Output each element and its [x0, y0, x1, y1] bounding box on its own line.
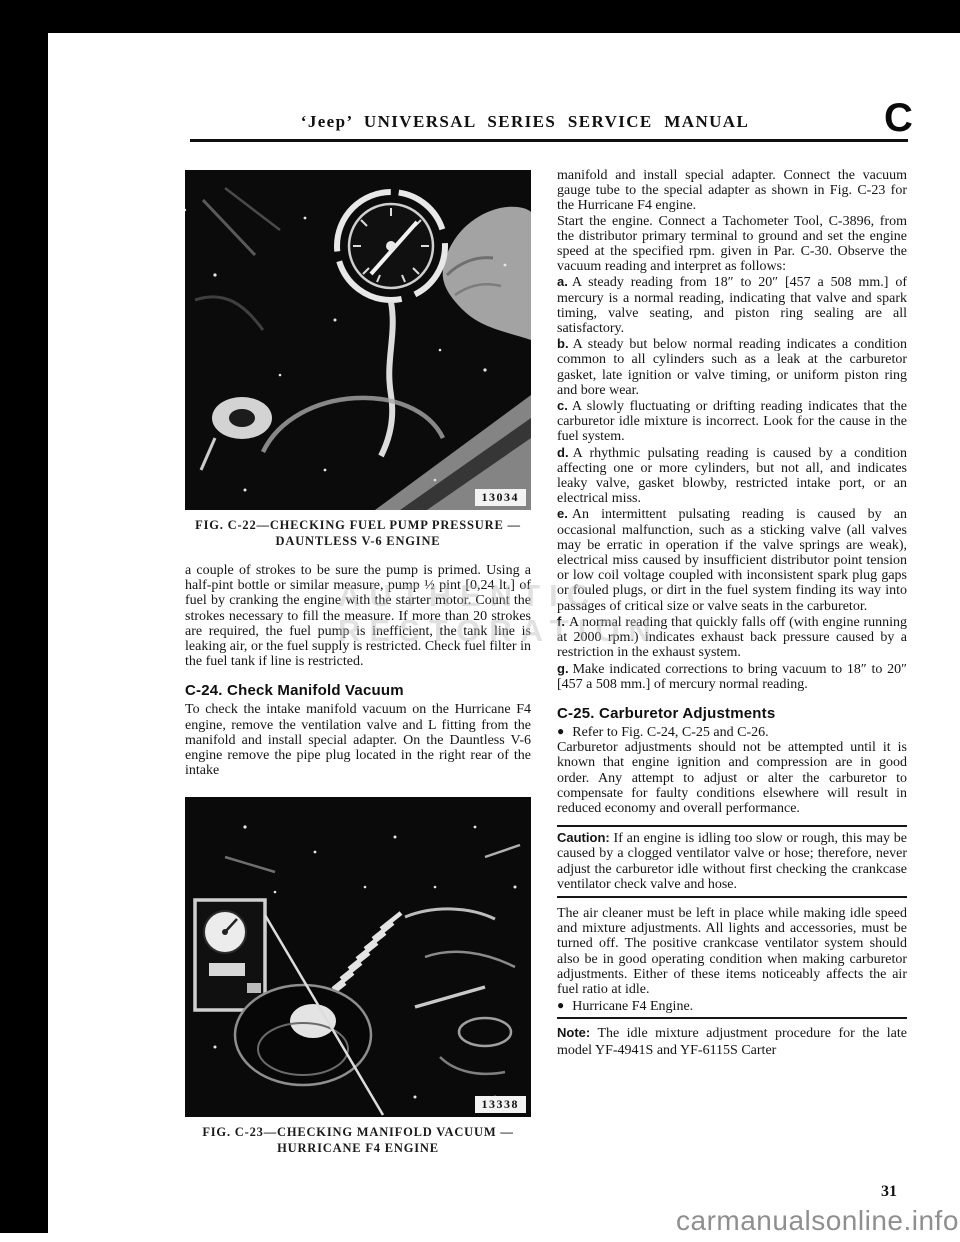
item-text: A rhythmic pulsating reading is caused b… — [557, 446, 907, 507]
item-text: A normal reading that quickly falls off … — [557, 615, 907, 660]
caution-text: If an engine is idling too slow or rough… — [557, 831, 907, 892]
photo-id-label: 13034 — [475, 489, 527, 506]
item-label: g. — [557, 661, 573, 676]
engine-bullet-text: Hurricane F4 Engine. — [572, 999, 693, 1014]
section-c25-body: Carburetor adjustments should not be att… — [557, 740, 907, 816]
figure-c23-caption: FIG. C-23—CHECKING MANIFOLD VACUUM — HUR… — [185, 1124, 531, 1156]
reading-item-g: g.Make indicated corrections to bring va… — [557, 661, 907, 692]
fuel-pump-test-paragraph: a couple of strokes to be sure the pump … — [185, 563, 531, 669]
figure-c22-photo: 13034 — [185, 170, 531, 510]
bullet-icon: ● — [557, 724, 572, 738]
item-text: An intermittent pulsating reading is cau… — [557, 507, 907, 613]
item-label: e. — [557, 506, 572, 521]
tachometer-paragraph: Start the engine. Connect a Tachometer T… — [557, 214, 907, 275]
left-column: 13034 FIG. C-22—CHECKING FUEL PUMP PRESS… — [185, 170, 531, 1156]
item-label: f. — [557, 614, 569, 629]
caption-line: FIG. C-23—CHECKING MANIFOLD VACUUM — — [185, 1124, 531, 1140]
manifold-vacuum-photo-art — [185, 797, 531, 1117]
scan-edge-left — [0, 0, 48, 1233]
note-label: Note: — [557, 1025, 590, 1040]
air-cleaner-paragraph: The air cleaner must be left in place wh… — [557, 906, 907, 997]
refer-bullet-text: Refer to Fig. C-24, C-25 and C-26. — [572, 725, 768, 740]
reading-item-d: d.A rhythmic pulsating reading is caused… — [557, 445, 907, 507]
section-c25-heading: C-25. Carburetor Adjustments — [557, 705, 907, 722]
right-column: manifold and install special adapter. Co… — [557, 168, 907, 1059]
note-block: Note: The idle mixture adjustment proced… — [557, 1019, 907, 1059]
figure-c23-photo: 13338 — [185, 797, 531, 1117]
refer-bullet-line: ●Refer to Fig. C-24, C-25 and C-26. — [557, 725, 907, 740]
scan-edge-top — [0, 0, 960, 33]
caption-line: FIG. C-22—CHECKING FUEL PUMP PRESSURE — — [185, 517, 531, 533]
note-paragraph: Note: The idle mixture adjustment proced… — [557, 1025, 907, 1059]
item-label: c. — [557, 398, 572, 413]
vacuum-setup-paragraph: manifold and install special adapter. Co… — [557, 168, 907, 214]
item-label: b. — [557, 336, 573, 351]
reading-item-a: a.A steady reading from 18″ to 20″ [457 … — [557, 274, 907, 336]
photo-id-label: 13338 — [475, 1096, 527, 1113]
fuel-pump-gauge-photo-art — [185, 170, 531, 510]
site-watermark: carmanualsonline.info — [676, 1205, 959, 1237]
reading-item-e: e.An intermittent pulsating reading is c… — [557, 506, 907, 613]
section-letter: C — [884, 98, 913, 138]
air-cleaner-section: The air cleaner must be left in place wh… — [557, 906, 907, 1019]
header-rule — [190, 139, 908, 142]
caption-line: HURRICANE F4 ENGINE — [185, 1140, 531, 1156]
reading-item-c: c.A slowly fluctuating or drifting readi… — [557, 398, 907, 445]
item-label: a. — [557, 274, 572, 289]
section-c24-body: To check the intake manifold vacuum on t… — [185, 702, 531, 778]
caution-paragraph: Caution: If an engine is idling too slow… — [557, 830, 907, 892]
caution-label: Caution: — [557, 830, 610, 845]
item-text: Make indicated corrections to bring vacu… — [557, 662, 907, 692]
caption-line: DAUNTLESS V-6 ENGINE — [185, 533, 531, 549]
engine-bullet-line: ●Hurricane F4 Engine. — [557, 999, 907, 1014]
note-text: The idle mixture adjustment procedure fo… — [557, 1026, 907, 1058]
page-number: 31 — [557, 1183, 897, 1201]
page-title: ‘Jeep’ UNIVERSAL SERIES SERVICE MANUAL — [185, 112, 865, 132]
reading-item-b: b.A steady but below normal reading indi… — [557, 336, 907, 398]
section-c24-heading: C-24. Check Manifold Vacuum — [185, 682, 531, 699]
reading-item-f: f.A normal reading that quickly falls of… — [557, 614, 907, 661]
item-text: A steady but below normal reading indica… — [557, 337, 907, 398]
bullet-icon: ● — [557, 998, 572, 1012]
figure-c22-caption: FIG. C-22—CHECKING FUEL PUMP PRESSURE — … — [185, 517, 531, 549]
item-text: A steady reading from 18″ to 20″ [457 a … — [557, 275, 907, 336]
caution-block: Caution: If an engine is idling too slow… — [557, 825, 907, 898]
item-label: d. — [557, 445, 573, 460]
item-text: A slowly fluctuating or drifting reading… — [557, 399, 907, 444]
